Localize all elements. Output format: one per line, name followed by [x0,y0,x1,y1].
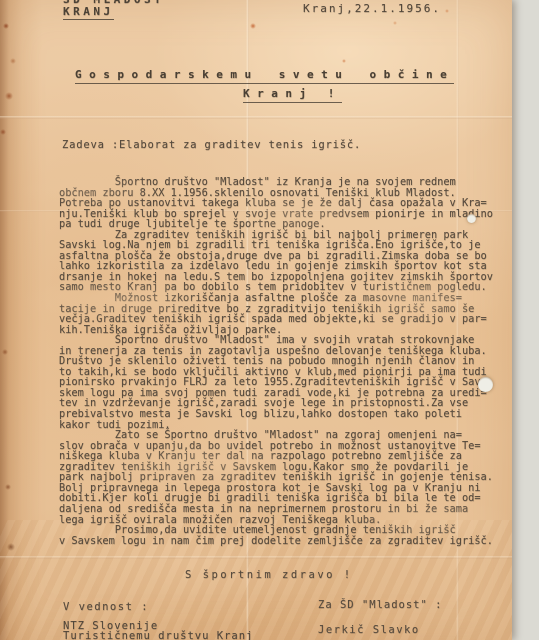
closing-salute: S športnim zdravo ! [185,569,353,581]
punch-hole [467,214,476,223]
scanned-letter: ŠD MLADOST KRANJ Kranj,22.1.1956. Gospod… [0,0,539,640]
letter-date: Kranj,22.1.1956. [303,2,441,15]
heading-addressee-line2: Kranj ! [243,87,342,103]
signature-for-label: Za ŠD "Mladost" : [318,599,442,611]
signature-name: Jerkič Slavko [318,624,420,636]
letter-body: Športno društvo "Mladost" iz Kranja je n… [59,177,493,546]
heading-addressee-line1: Gospodarskemu svetu občine [75,68,454,84]
punch-hole [478,377,493,392]
subject-line: Zadeva :Elaborat za graditev tenis igriš… [62,139,361,151]
cc-recipient-2: Turističnemu društvu Kranj [63,630,253,640]
cc-label: V vednost : [63,601,149,613]
fold-crease-horizontal [0,556,512,559]
paper-sheet: ŠD MLADOST KRANJ Kranj,22.1.1956. Gospod… [0,0,512,640]
letterhead-city: KRANJ [63,5,114,20]
fold-crease-horizontal [0,116,512,119]
